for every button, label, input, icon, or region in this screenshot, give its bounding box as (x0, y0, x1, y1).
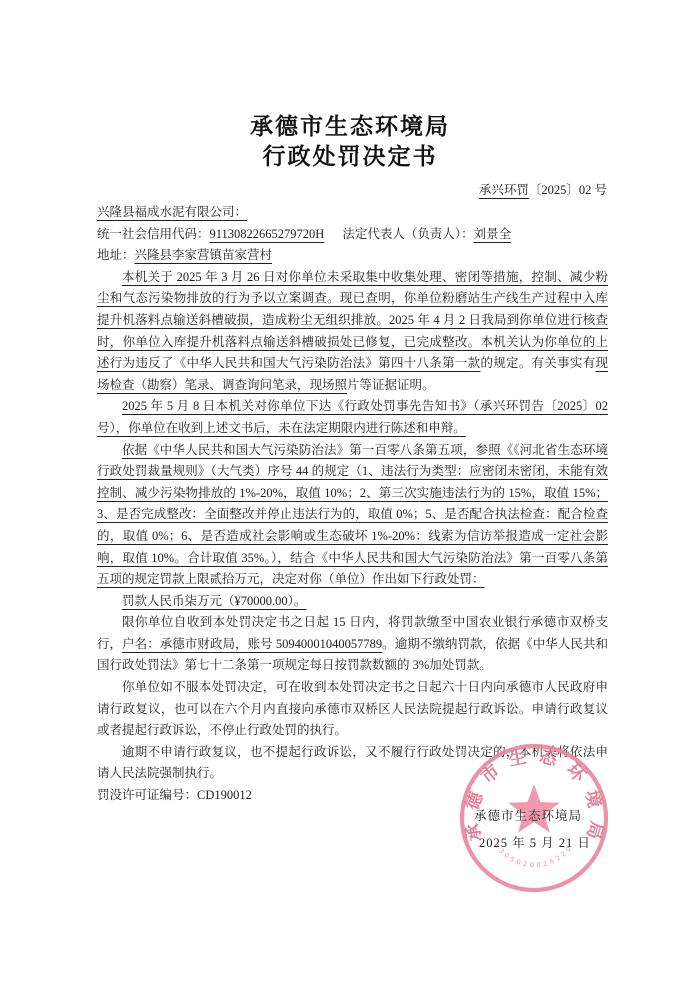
signature-org: 承德市生态环境局 (474, 806, 582, 824)
prior-notice-text: 2025 年 5 月 8 日本机关对你单位下达《行政处罚事先告知书》（承兴环罚告… (97, 399, 608, 435)
address-line: 地址：兴隆县李家营镇苗家营村 (97, 245, 608, 267)
recipient-line: 兴隆县福成水泥有限公司： (97, 202, 608, 224)
legal-basis-text: 依据《中华人民共和国大气污染防治法》第一百零八条第五项，参照《《河北省生态环境行… (97, 443, 608, 587)
license-number-text: 罚没许可证编号：CD190012 (97, 788, 252, 802)
paragraph-prior-notice: 2025 年 5 月 8 日本机关对你单位下达《行政处罚事先告知书》（承兴环罚告… (97, 396, 608, 439)
address-label: 地址： (97, 248, 135, 262)
findings-plain: 的规定。有关事实有 (480, 356, 595, 370)
evidence-plain: 片等证据证明。 (347, 378, 435, 392)
document-page: 承德市生态环境局 行政处罚决定书 承兴环罚〔2025〕02 号 兴隆县福成水泥有… (0, 0, 700, 989)
credit-code-value: 91130822665279720H (210, 227, 325, 241)
doc-number: 承兴环罚〔2025〕02 号 (0, 172, 700, 200)
appeal-rights-text: 你单位如不服本处罚决定，可在收到本处罚决定书之日起六十日内向承德市人民政府申请行… (97, 680, 608, 737)
legal-rep-value: 刘景全 (474, 227, 512, 241)
payment-account: 户名：承德市财政局，账号 50940001040057789 (122, 637, 382, 651)
document-body: 兴隆县福成水泥有限公司： 统一社会信用代码：91130822665279720H… (0, 200, 700, 807)
paragraph-legal-basis: 依据《中华人民共和国大气污染防治法》第一百零八条第五项，参照《《河北省生态环境行… (97, 440, 608, 591)
document-title: 承德市生态环境局 行政处罚决定书 (0, 0, 700, 172)
doc-number-prefix: 承兴环罚 (479, 183, 529, 197)
paragraph-fine-amount: 罚款人民币柒万元（¥70000.00）。 (97, 591, 608, 613)
title-doc-type: 行政处罚决定书 (0, 142, 700, 172)
paragraph-appeal-rights: 你单位如不服本处罚决定，可在收到本处罚决定书之日起六十日内向承德市人民政府申请行… (97, 677, 608, 742)
recipient-name: 兴隆县福成水泥有限公司： (97, 205, 247, 219)
fine-amount-text: 罚款人民币柒万元（¥70000.00）。 (122, 594, 306, 608)
paragraph-payment: 限你单位自收到本处罚决定书之日起 15 日内，将罚款缴至中国农业银行承德市双桥支… (97, 612, 608, 677)
doc-number-rest: 〔2025〕02 号 (529, 183, 607, 197)
legal-rep-label: 法定代表人（负责人）： (342, 227, 473, 241)
paragraph-findings: 本机关于 2025 年 3 月 26 日对你单位未采取集中收集处理、密闭等措施，… (97, 267, 608, 397)
signature-date: 2025 年 5 月 21 日 (479, 833, 591, 851)
title-org: 承德市生态环境局 (0, 112, 700, 142)
address-value: 兴隆县李家营镇苗家营村 (135, 248, 273, 262)
credit-code-line: 统一社会信用代码：91130822665279720H法定代表人（负责人）：刘景… (97, 224, 608, 246)
credit-code-label: 统一社会信用代码： (97, 227, 210, 241)
